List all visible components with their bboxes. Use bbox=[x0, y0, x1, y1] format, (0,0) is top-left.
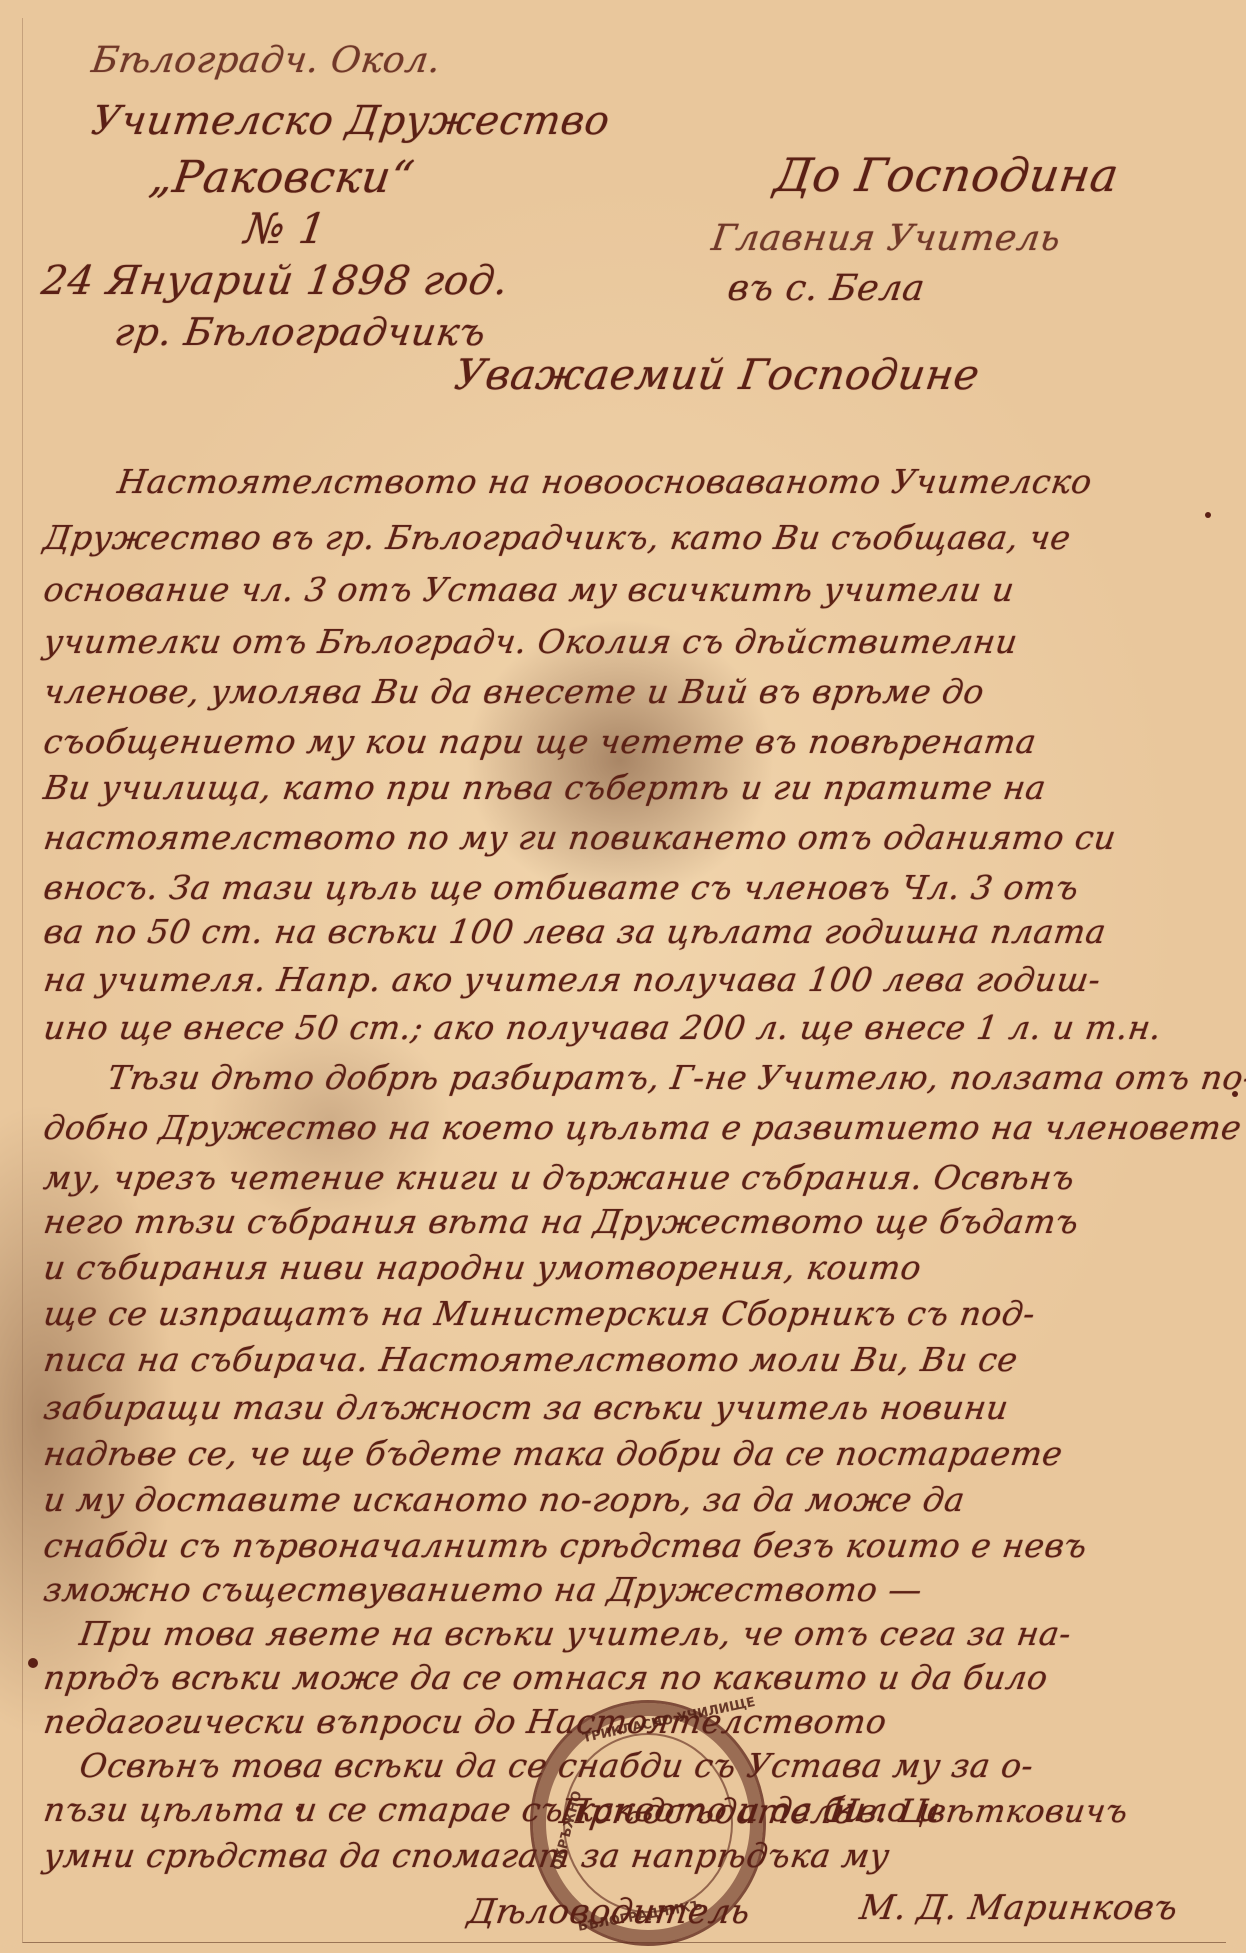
body-line: на учителя. Напр. ако учителя получава 1… bbox=[41, 960, 1103, 999]
letter-number: № 1 bbox=[242, 204, 330, 253]
body-line: надѣве се, че ще бъдете така добри да се… bbox=[41, 1434, 1065, 1473]
letter-date: 24 Януарий 1898 год. bbox=[39, 258, 512, 304]
body-line: Ви училища, като при пѣва събертѣ и ги п… bbox=[41, 768, 1048, 807]
letter-place: гр. Бѣлоградчикъ bbox=[112, 310, 489, 354]
salutation: Уважаемий Господине bbox=[452, 350, 983, 399]
letterhead-name: „Раковски“ bbox=[146, 152, 417, 203]
body-line: снабди съ първоначалнитѣ срѣдства безъ к… bbox=[41, 1526, 1090, 1565]
addressee-line2: Главния Учитель bbox=[709, 218, 1063, 259]
body-line: вносъ. За тази цѣль ще отбиватe съ члено… bbox=[41, 868, 1081, 907]
body-line: ще се изпращатъ на Министерския Сборникъ… bbox=[41, 1294, 1038, 1333]
body-line: Тѣзи дѣто добрѣ разбиратъ, Г-не Учителю,… bbox=[105, 1058, 1246, 1097]
ink-speck bbox=[1205, 512, 1211, 518]
body-line: и му доставите исканото по-горѣ, за да м… bbox=[41, 1480, 967, 1519]
body-line: и събирания ниви народни умотворения, ко… bbox=[41, 1248, 924, 1287]
addressee-line3: въ с. Бела bbox=[725, 268, 927, 309]
body-line: съобщението му кои пари ще четете въ пов… bbox=[41, 722, 1039, 761]
body-line: ино ще внесе 50 ст.; ако получава 200 л.… bbox=[41, 1008, 1164, 1047]
secretary-signature: М. Д. Маринковъ bbox=[857, 1888, 1180, 1928]
document-page: Бѣлоградч. Окол. Учителско Дружество „Ра… bbox=[0, 0, 1246, 1953]
chairman-signature: Ив. Цвѣтковичъ bbox=[827, 1792, 1130, 1830]
body-line: Настоятелството на новоосноваваното Учит… bbox=[115, 462, 1094, 501]
chairman-label: Прѣдсѣдатель bbox=[557, 1792, 855, 1832]
ink-speck bbox=[296, 1806, 302, 1812]
body-line: прѣдъ всѣки може да се отнася по каквито… bbox=[41, 1658, 1050, 1697]
letterhead-line1: Бѣлоградч. Окол. bbox=[89, 40, 443, 81]
body-line: педагогически въпроси до Настоятелството bbox=[41, 1702, 889, 1741]
letterhead-society: Учителско Дружество bbox=[89, 98, 613, 144]
body-line: настоятелството по му ги повикането отъ … bbox=[41, 818, 1118, 857]
addressee-line1: До Господина bbox=[771, 148, 1122, 202]
body-line: членове, умолява Ви да внесете и Вий въ … bbox=[41, 672, 987, 711]
body-line: При това явете на всѣки учитель, че отъ … bbox=[77, 1614, 1074, 1653]
ink-speck bbox=[1232, 1091, 1238, 1097]
body-line: Дружество въ гр. Бѣлоградчикъ, като Ви с… bbox=[41, 518, 1073, 557]
body-line: зможно съществуванието на Дружеството — bbox=[41, 1570, 925, 1609]
body-line: основание чл. 3 отъ Устава му всичкитѣ у… bbox=[41, 570, 1017, 609]
body-line: му, чрезъ четение книги и държание събра… bbox=[41, 1158, 1077, 1197]
secretary-label: Дѣловодитель bbox=[465, 1892, 753, 1932]
ink-speck bbox=[28, 1658, 38, 1668]
body-line: ва по 50 ст. на всѣки 100 лева за цѣлата… bbox=[41, 912, 1108, 951]
body-line: добно Дружество на което цѣльта е развит… bbox=[41, 1108, 1244, 1147]
body-line: него тѣзи събрания вѣта на Дружеството щ… bbox=[41, 1202, 1081, 1241]
body-line: учителки отъ Бѣлоградч. Околия съ дѣйств… bbox=[41, 622, 1020, 661]
body-line: писа на събирача. Настоятелството моли В… bbox=[41, 1340, 1020, 1379]
body-line: забиращи тази длъжност за всѣки учитель … bbox=[41, 1388, 1011, 1427]
